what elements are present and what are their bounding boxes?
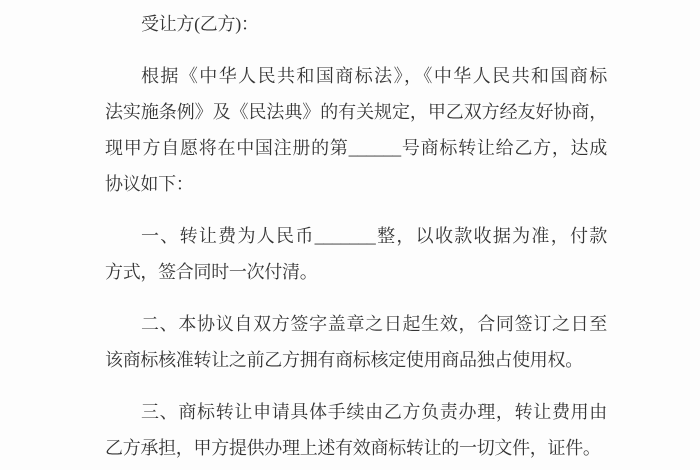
document-line: 方式，签合同时一次付清。 (105, 254, 607, 290)
document-line: 二、本协议自双方签字盖章之日起生效，合同签订之日至 (105, 306, 607, 342)
document-line: 现甲方自愿将在中国注册的第______号商标转让给乙方，达成 (105, 130, 607, 166)
document-line: 该商标核准转让之前乙方拥有商标核定使用商品独占使用权。 (105, 342, 607, 378)
document-line: 受让方(乙方)： (105, 6, 607, 42)
document-line: 根据《中华人民共和国商标法》，《中华人民共和国商标 (105, 58, 607, 94)
document-page: 受让方(乙方)： 根据《中华人民共和国商标法》，《中华人民共和国商标 法实施条例… (0, 0, 700, 470)
document-line: 一、转让费为人民币_______整，以收款收据为准，付款 (105, 218, 607, 254)
document-line: 乙方承担，甲方提供办理上述有效商标转让的一切文件，证件。 (105, 430, 607, 466)
document-line: 协议如下： (105, 166, 607, 202)
document-line: 法实施条例》及《民法典》的有关规定，甲乙双方经友好协商， (105, 94, 607, 130)
document-line: 三、商标转让申请具体手续由乙方负责办理，转让费用由 (105, 394, 607, 430)
